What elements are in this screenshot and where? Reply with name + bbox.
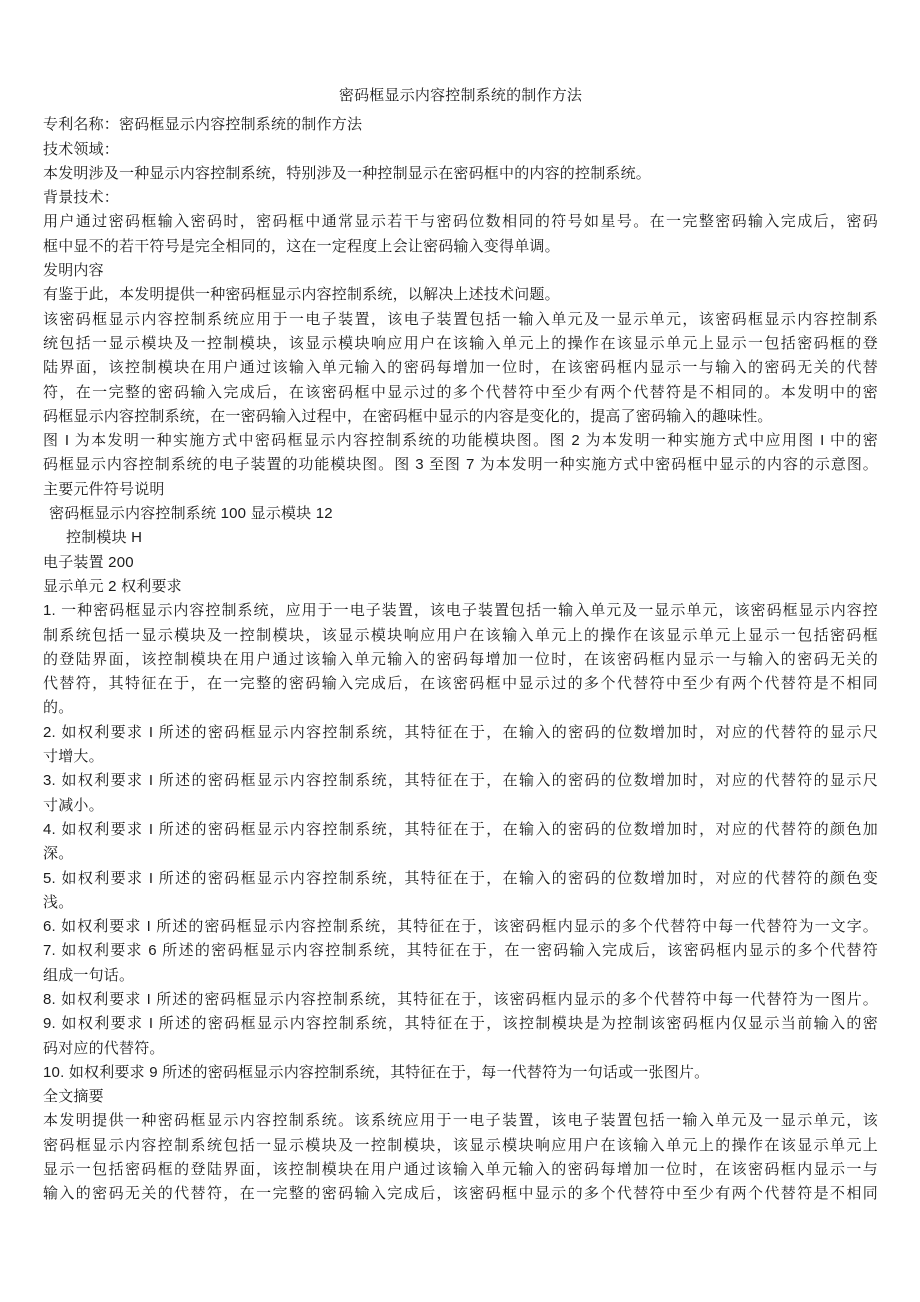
- claim-line: 的登陆界面，该控制模块在用户通过该输入单元输入的密码每增加一位时，在该密码框内显…: [43, 648, 878, 672]
- claim-line: 2. 如权利要求 I 所述的密码框显示内容控制系统，其特征在于，在输入的密码的位…: [43, 721, 878, 745]
- patent-document-page: 密码框显示内容控制系统的制作方法专利名称：密码框显示内容控制系统的制作方法技术领…: [0, 0, 920, 1302]
- text-line: 用户通过密码框输入密码时，密码框中通常显示若干与密码位数相同的符号如星号。在一完…: [43, 210, 878, 234]
- section-symbol-description: 主要元件符号说明: [43, 478, 878, 502]
- text-line: 本发明涉及一种显示内容控制系统，特别涉及一种控制显示在密码框中的内容的控制系统。: [43, 162, 878, 186]
- symbol-line: 控制模块 H: [43, 526, 878, 550]
- document-body: 密码框显示内容控制系统的制作方法专利名称：密码框显示内容控制系统的制作方法技术领…: [43, 84, 878, 1207]
- claim-line: 寸增大。: [43, 745, 878, 769]
- claim-line: 3. 如权利要求 I 所述的密码框显示内容控制系统，其特征在于，在输入的密码的位…: [43, 769, 878, 793]
- text-line: 图 I 为本发明一种实施方式中密码框显示内容控制系统的功能模块图。图 2 为本发…: [43, 429, 878, 453]
- claim-line: 码对应的代替符。: [43, 1037, 878, 1061]
- claim-line: 7. 如权利要求 6 所述的密码框显示内容控制系统，其特征在于，在一密码输入完成…: [43, 939, 878, 963]
- document-title: 密码框显示内容控制系统的制作方法: [43, 84, 878, 108]
- claim-line: 4. 如权利要求 I 所述的密码框显示内容控制系统，其特征在于，在输入的密码的位…: [43, 818, 878, 842]
- claim-line: 代替符，其特征在于，在一完整的密码输入完成后，在该密码框中显示过的多个代替符中至…: [43, 672, 878, 696]
- claim-line: 的。: [43, 696, 878, 720]
- abstract-line: 本发明提供一种密码框显示内容控制系统。该系统应用于一电子装置，该电子装置包括一输…: [43, 1109, 878, 1133]
- text-line: 该密码框显示内容控制系统应用于一电子装置，该电子装置包括一输入单元及一显示单元，…: [43, 308, 878, 332]
- text-line: 有鉴于此，本发明提供一种密码框显示内容控制系统，以解决上述技术问题。: [43, 283, 878, 307]
- abstract-line: 密码框显示内容控制系统包括一显示模块及一控制模块，该显示模块响应用户在该输入单元…: [43, 1134, 878, 1158]
- abstract-line: 输入的密码无关的代替符，在一完整的密码输入完成后，该密码框中显示的多个代替符中至…: [43, 1182, 878, 1206]
- claim-line: 寸减小。: [43, 794, 878, 818]
- claims-heading-line: 显示单元 2 权利要求: [43, 575, 878, 599]
- abstract-line: 显示一包括密码框的登陆界面，该控制模块在用户通过该输入单元输入的密码每增加一位时…: [43, 1158, 878, 1182]
- symbol-line: 电子装置 200: [43, 551, 878, 575]
- text-line: 码框显示内容控制系统的电子装置的功能模块图。图 3 至图 7 为本发明一种实施方…: [43, 453, 878, 477]
- text-line: 框中显不的若干符号是完全相同的，这在一定程度上会让密码输入变得单调。: [43, 235, 878, 259]
- section-invention-content: 发明内容: [43, 259, 878, 283]
- section-abstract: 全文摘要: [43, 1085, 878, 1109]
- text-line: 统包括一显示模块及一控制模块，该显示模块响应用户在该输入单元上的操作在该显示单元…: [43, 332, 878, 356]
- claim-line: 1. 一种密码框显示内容控制系统，应用于一电子装置，该电子装置包括一输入单元及一…: [43, 599, 878, 623]
- claim-line: 组成一句话。: [43, 964, 878, 988]
- claim-line: 浅。: [43, 891, 878, 915]
- text-line: 码框显示内容控制系统，在一密码输入过程中，在密码框中显示的内容是变化的，提高了密…: [43, 405, 878, 429]
- claim-line: 8. 如权利要求 I 所述的密码框显示内容控制系统，其特征在于，该密码框内显示的…: [43, 988, 878, 1012]
- claim-line: 深。: [43, 842, 878, 866]
- claim-line: 制系统包括一显示模块及一控制模块，该显示模块响应用户在该输入单元上的操作在该显示…: [43, 624, 878, 648]
- claim-line: 6. 如权利要求 I 所述的密码框显示内容控制系统，其特征在于，该密码框内显示的…: [43, 915, 878, 939]
- claim-line: 9. 如权利要求 I 所述的密码框显示内容控制系统，其特征在于，该控制模块是为控…: [43, 1012, 878, 1036]
- claim-line: 5. 如权利要求 I 所述的密码框显示内容控制系统，其特征在于，在输入的密码的位…: [43, 867, 878, 891]
- symbol-line: 密码框显示内容控制系统 100 显示模块 12: [43, 502, 878, 526]
- section-background: 背景技术：: [43, 186, 878, 210]
- claim-line: 10. 如权利要求 9 所述的密码框显示内容控制系统，其特征在于，每一代替符为一…: [43, 1061, 878, 1085]
- patent-name-line: 专利名称：密码框显示内容控制系统的制作方法: [43, 113, 878, 137]
- text-line: 符，在一完整的密码输入完成后，在该密码框中显示过的多个代替符中至少有两个代替符是…: [43, 381, 878, 405]
- section-technical-field: 技术领域：: [43, 138, 878, 162]
- text-line: 陆界面，该控制模块在用户通过该输入单元输入的密码每增加一位时，在该密码框内显示一…: [43, 356, 878, 380]
